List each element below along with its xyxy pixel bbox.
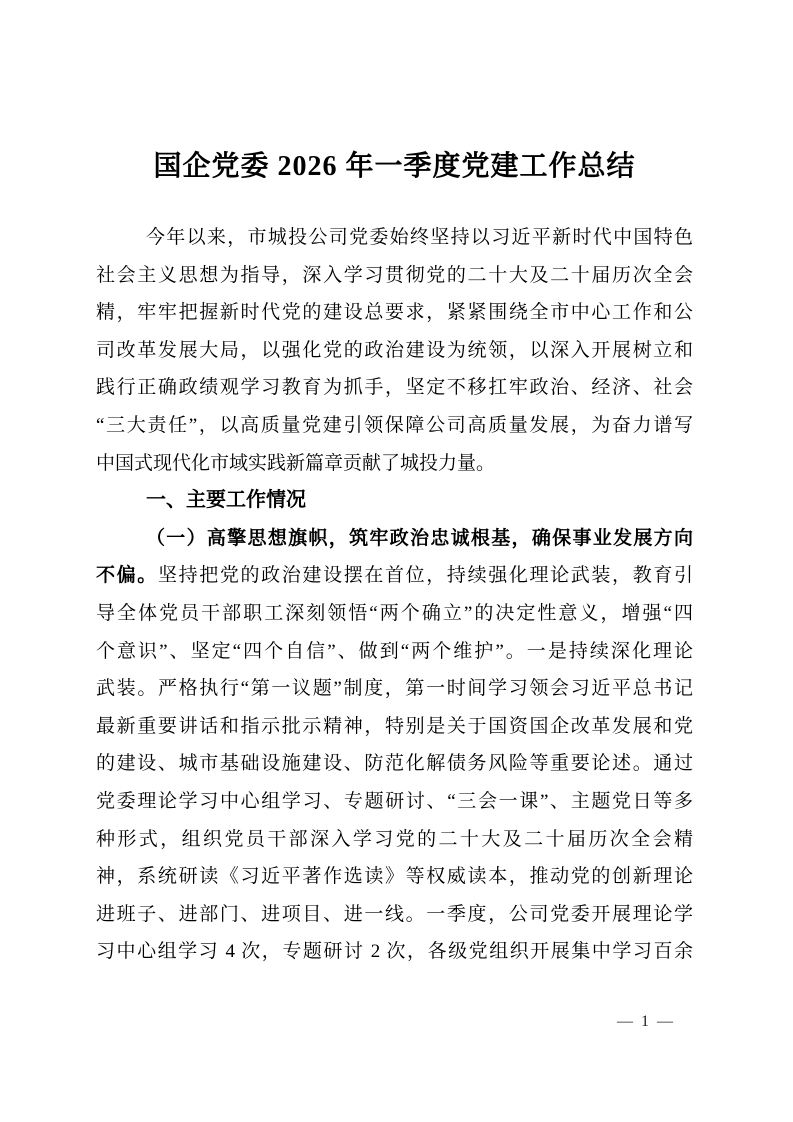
document-title: 国企党委 2026 年一季度党建工作总结 <box>96 145 693 189</box>
text-line: 导全体党员干部职工深刻领悟“两个确立”的决定性意义，增强“四 <box>96 595 693 633</box>
body-text: 中国式现代化市域实践新篇章贡献了城投力量。 <box>96 453 495 474</box>
page-number: — 1 — <box>617 1012 675 1032</box>
emphasis-text: （一）高擎思想旗帜，筑牢政治忠诚根基，确保事业发展方向 <box>146 528 693 549</box>
intro-paragraph: 今年以来，市城投公司党委始终坚持以习近平新时代中国特色社会主义思想为指导，深入学… <box>96 219 693 482</box>
body-text: 今年以来，市城投公司党委始终坚持以习近平新时代中国特色 <box>146 227 693 248</box>
text-line: 习中心组学习 4 次，专题研讨 2 次，各级党组织开展集中学习百余 <box>96 933 693 971</box>
document-body: 今年以来，市城投公司党委始终坚持以习近平新时代中国特色社会主义思想为指导，深入学… <box>96 219 693 971</box>
subsection-1-paragraph: （一）高擎思想旗帜，筑牢政治忠诚根基，确保事业发展方向不偏。坚持把党的政治建设摆… <box>96 520 693 971</box>
body-text: 党委理论学习中心组学习、专题研讨、“三会一课”、主题党日等多 <box>96 791 693 812</box>
body-text: 践行正确政绩观学习教育为抓手，坚定不移扛牢政治、经济、社会 <box>96 377 693 398</box>
emphasis-text: 不偏。 <box>96 565 158 586</box>
body-text: “三大责任”，以高质量党建引领保障公司高质量发展，为奋力谱写 <box>96 415 693 436</box>
text-line: 精，牢牢把握新时代党的建设总要求，紧紧围绕全市中心工作和公 <box>96 294 693 332</box>
text-line: 最新重要讲话和指示批示精神，特别是关于国资国企改革发展和党 <box>96 708 693 746</box>
body-text: 导全体党员干部职工深刻领悟“两个确立”的决定性意义，增强“四 <box>96 603 693 624</box>
body-text: 的建设、城市基础设施建设、防范化解债务风险等重要论述。通过 <box>96 753 693 774</box>
body-text: 武装。严格执行“第一议题”制度，第一时间学习领会习近平总书记 <box>96 678 693 699</box>
text-line: （一）高擎思想旗帜，筑牢政治忠诚根基，确保事业发展方向 <box>96 520 693 558</box>
text-line: 进班子、进部门、进项目、进一线。一季度，公司党委开展理论学 <box>96 896 693 934</box>
body-text: 精，牢牢把握新时代党的建设总要求，紧紧围绕全市中心工作和公 <box>96 302 693 323</box>
body-text: 个意识”、坚定“四个自信”、做到“两个维护”。一是持续深化理论 <box>96 641 693 662</box>
text-line: 神，系统研读《习近平著作选读》等权威读本，推动党的创新理论 <box>96 858 693 896</box>
body-text: 最新重要讲话和指示批示精神，特别是关于国资国企改革发展和党 <box>96 716 693 737</box>
text-line: 司改革发展大局，以强化党的政治建设为统领，以深入开展树立和 <box>96 332 693 370</box>
text-line: 个意识”、坚定“四个自信”、做到“两个维护”。一是持续深化理论 <box>96 633 693 671</box>
text-line: 社会主义思想为指导，深入学习贯彻党的二十大及二十届历次全会 <box>96 257 693 295</box>
body-text: 司改革发展大局，以强化党的政治建设为统领，以深入开展树立和 <box>96 340 693 361</box>
body-text: 神，系统研读《习近平著作选读》等权威读本，推动党的创新理论 <box>96 866 693 887</box>
body-text: 坚持把党的政治建设摆在首位，持续强化理论武装，教育引 <box>158 565 693 586</box>
body-text: 种形式，组织党员干部深入学习党的二十大及二十届历次全会精 <box>96 829 693 850</box>
text-line: 今年以来，市城投公司党委始终坚持以习近平新时代中国特色 <box>96 219 693 257</box>
text-line: “三大责任”，以高质量党建引领保障公司高质量发展，为奋力谱写 <box>96 407 693 445</box>
document-page: 国企党委 2026 年一季度党建工作总结 今年以来，市城投公司党委始终坚持以习近… <box>0 0 793 1122</box>
text-line: 武装。严格执行“第一议题”制度，第一时间学习领会习近平总书记 <box>96 670 693 708</box>
heading-text: 一、主要工作情况 <box>146 489 306 511</box>
text-line: 中国式现代化市域实践新篇章贡献了城投力量。 <box>96 445 693 483</box>
text-line: 不偏。坚持把党的政治建设摆在首位，持续强化理论武装，教育引 <box>96 557 693 595</box>
text-line: 的建设、城市基础设施建设、防范化解债务风险等重要论述。通过 <box>96 745 693 783</box>
body-text: 社会主义思想为指导，深入学习贯彻党的二十大及二十届历次全会 <box>96 265 693 286</box>
body-text: 进班子、进部门、进项目、进一线。一季度，公司党委开展理论学 <box>96 904 693 925</box>
text-line: 践行正确政绩观学习教育为抓手，坚定不移扛牢政治、经济、社会 <box>96 369 693 407</box>
text-line: 一、主要工作情况 <box>96 482 693 520</box>
text-line: 种形式，组织党员干部深入学习党的二十大及二十届历次全会精 <box>96 821 693 859</box>
section-heading-1: 一、主要工作情况 <box>96 482 693 520</box>
text-line: 党委理论学习中心组学习、专题研讨、“三会一课”、主题党日等多 <box>96 783 693 821</box>
body-text: 习中心组学习 4 次，专题研讨 2 次，各级党组织开展集中学习百余 <box>96 941 693 962</box>
